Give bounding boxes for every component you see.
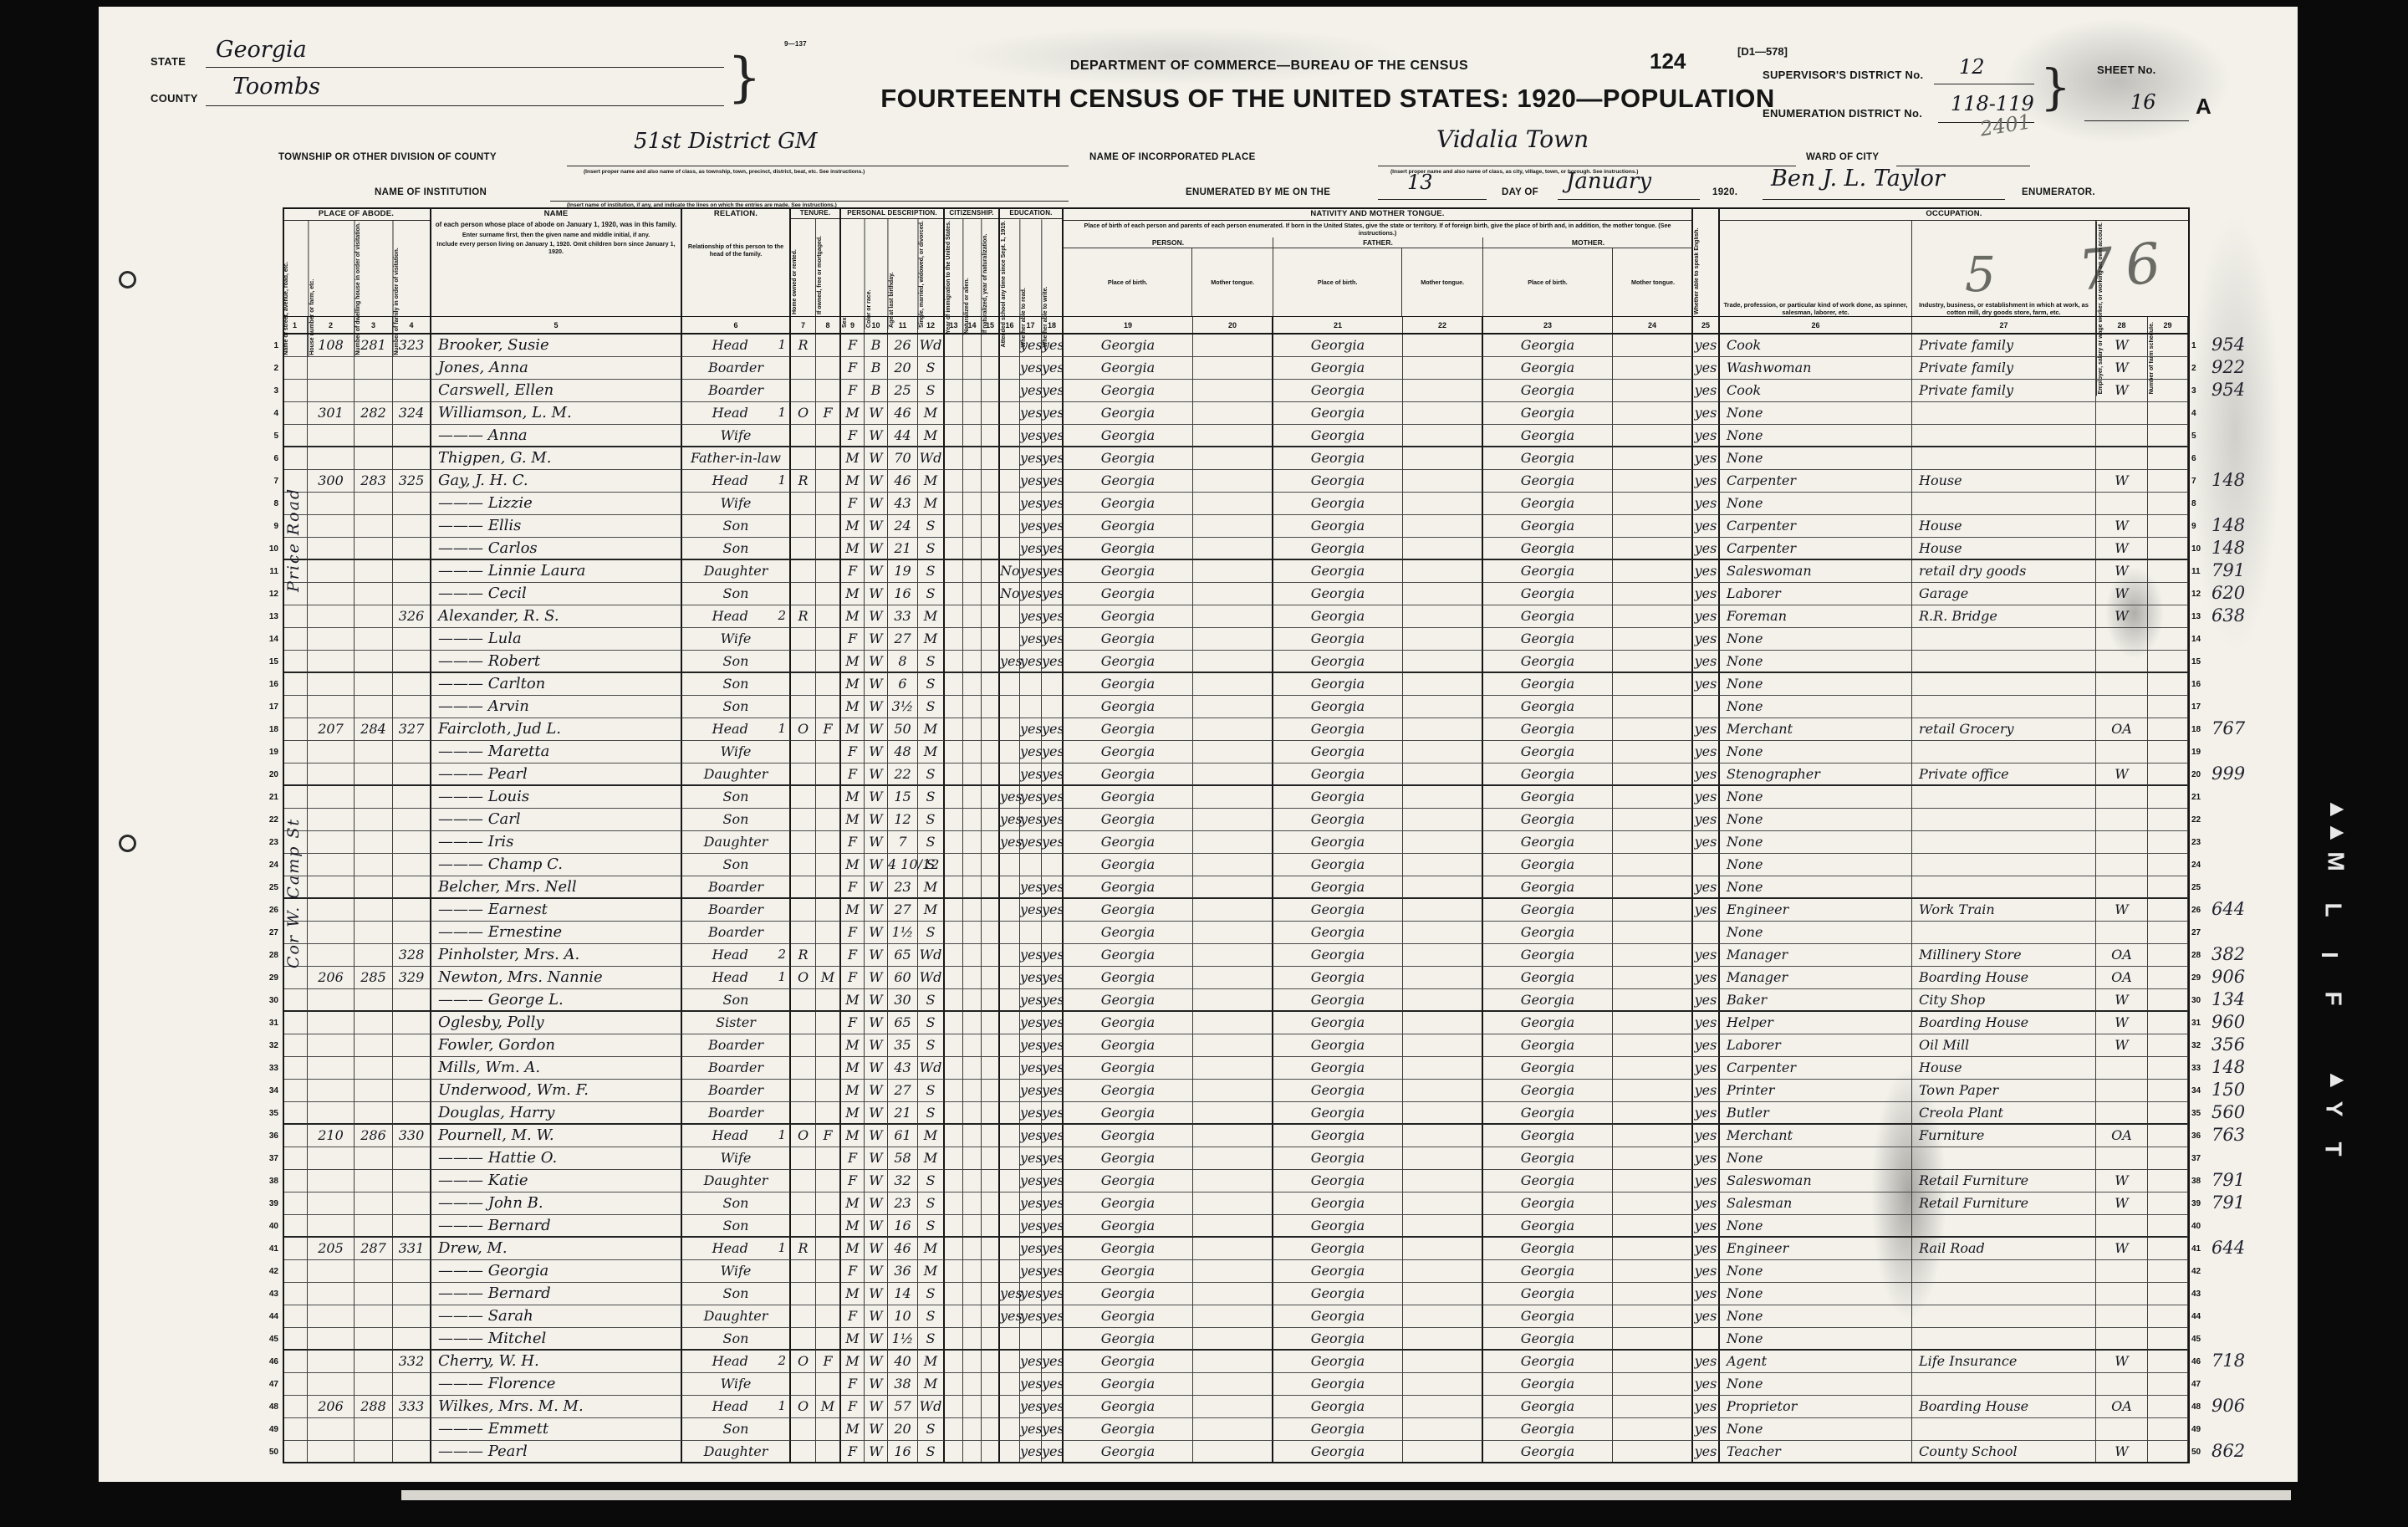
line-number-left: 13 [258, 605, 283, 628]
occupation-code [2210, 696, 2282, 718]
occupation-code [2210, 1328, 2282, 1351]
line-number-right: 27 [2188, 922, 2210, 944]
occupation-code: 922 [2210, 357, 2282, 380]
line-number-right: 36 [2188, 1125, 2210, 1147]
enumerator-label: ENUMERATOR. [2022, 187, 2095, 197]
line-number-left: 25 [258, 876, 283, 899]
sheet-underline [2084, 120, 2189, 121]
line-number-right: 16 [2188, 673, 2210, 696]
line-number-left: 9 [258, 515, 283, 538]
supervisor-district-label: SUPERVISOR'S DISTRICT No. [1763, 69, 1923, 81]
occupation-code [2210, 425, 2282, 447]
line-number-left: 17 [258, 696, 283, 718]
occupation-code: 791 [2210, 1192, 2282, 1215]
occupation-code [2210, 402, 2282, 425]
line-number-right: 44 [2188, 1305, 2210, 1328]
occupation-code [2210, 1260, 2282, 1283]
line-number-right: 32 [2188, 1034, 2210, 1057]
line-number-right: 18 [2188, 718, 2210, 741]
occupation-code [2210, 854, 2282, 876]
right-brace: } [2040, 59, 2071, 115]
occupation-code [2210, 831, 2282, 854]
punch-mark [119, 271, 136, 289]
occupation-code: 148 [2210, 538, 2282, 560]
film-edge-letter: ▲ [2324, 1069, 2351, 1092]
line-number-left: 46 [258, 1351, 283, 1373]
film-edge-letter: L [2320, 902, 2347, 917]
line-number-right: 2 [2188, 357, 2210, 380]
line-number-left: 21 [258, 786, 283, 809]
line-number-right: 7 [2188, 470, 2210, 493]
line-number-right: 10 [2188, 538, 2210, 560]
occupation-code [2210, 1418, 2282, 1441]
enumerated-day: 13 [1407, 171, 1433, 194]
line-number-left: 1 [258, 335, 283, 357]
line-number-right: 24 [2188, 854, 2210, 876]
line-number-right: 35 [2188, 1102, 2210, 1125]
line-number-left: 40 [258, 1215, 283, 1238]
state-value: Georgia [216, 37, 307, 63]
line-number-right: 6 [2188, 447, 2210, 470]
street-note-1: Price Road [284, 341, 303, 592]
township-value: 51st District GM [634, 129, 818, 154]
line-number-left: 7 [258, 470, 283, 493]
paper-smudge [2005, 18, 2231, 144]
line-number-right: 38 [2188, 1170, 2210, 1192]
occupation-code [2210, 1305, 2282, 1328]
month-underline [1558, 199, 1700, 200]
film-scratch [401, 1490, 2291, 1500]
line-number-left: 31 [258, 1012, 283, 1034]
line-number-right: 30 [2188, 989, 2210, 1012]
enumerator-signature: Ben J. L. Taylor [1771, 166, 1945, 192]
line-number-right: 46 [2188, 1351, 2210, 1373]
occupation-code: 862 [2210, 1441, 2282, 1463]
line-number-right: 37 [2188, 1147, 2210, 1170]
line-number-left: 47 [258, 1373, 283, 1396]
line-number-left: 12 [258, 583, 283, 605]
occupation-code: 148 [2210, 515, 2282, 538]
occupation-code [2210, 786, 2282, 809]
institution-underline [550, 201, 1069, 202]
occupation-code: 644 [2210, 1238, 2282, 1260]
line-number-left: 24 [258, 854, 283, 876]
occupation-code [2210, 1373, 2282, 1396]
line-number-left: 8 [258, 493, 283, 515]
occupation-code [2210, 493, 2282, 515]
day-underline [1378, 199, 1487, 200]
line-number-left: 11 [258, 560, 283, 583]
line-number-right: 17 [2188, 696, 2210, 718]
line-number-right: 13 [2188, 605, 2210, 628]
occupation-code [2210, 673, 2282, 696]
film-edge-letter: ▲ [2324, 798, 2351, 821]
line-number-left: 32 [258, 1034, 283, 1057]
occupation-code: 763 [2210, 1125, 2282, 1147]
occupation-code [2210, 628, 2282, 651]
line-number-left: 50 [258, 1441, 283, 1463]
line-number-right: 50 [2188, 1441, 2210, 1463]
line-number-right: 4 [2188, 402, 2210, 425]
line-number-right: 48 [2188, 1396, 2210, 1418]
line-number-right: 8 [2188, 493, 2210, 515]
line-number-left: 42 [258, 1260, 283, 1283]
line-number-right: 43 [2188, 1283, 2210, 1305]
line-number-left: 6 [258, 447, 283, 470]
occupation-code: 134 [2210, 989, 2282, 1012]
occupation-code [2210, 1147, 2282, 1170]
line-number-right: 29 [2188, 967, 2210, 989]
occupation-code: 638 [2210, 605, 2282, 628]
day-of-label: DAY OF [1502, 187, 1538, 197]
institution-label: NAME OF INSTITUTION [375, 187, 487, 197]
line-number-right: 5 [2188, 425, 2210, 447]
film-edge-letter: ▲ [2324, 821, 2351, 845]
line-number-left: 30 [258, 989, 283, 1012]
county-label: COUNTY [150, 92, 198, 105]
line-number-right: 23 [2188, 831, 2210, 854]
township-underline [567, 166, 1069, 166]
county-underline [206, 105, 724, 106]
microfilm-background: 9—137 STATE Georgia COUNTY Toombs } DEPA… [0, 0, 2408, 1527]
line-number-right: 11 [2188, 560, 2210, 583]
line-number-right: 33 [2188, 1057, 2210, 1080]
line-number-left: 33 [258, 1057, 283, 1080]
supervisor-district-value: 12 [1959, 55, 1985, 79]
line-number-right: 12 [2188, 583, 2210, 605]
film-edge-letter: M [2323, 851, 2349, 871]
line-number-left: 48 [258, 1396, 283, 1418]
line-number-right: 26 [2188, 899, 2210, 922]
line-number-right: 9 [2188, 515, 2210, 538]
enumeration-district-label: ENUMERATION DISTRICT No. [1763, 107, 1922, 120]
line-number-right: 25 [2188, 876, 2210, 899]
state-label: STATE [150, 55, 186, 68]
occupation-code: 954 [2210, 335, 2282, 357]
line-number-left: 38 [258, 1170, 283, 1192]
occupation-code: 148 [2210, 470, 2282, 493]
line-number-left: 4 [258, 402, 283, 425]
line-number-left: 49 [258, 1418, 283, 1441]
line-number-left: 43 [258, 1283, 283, 1305]
line-number-left: 36 [258, 1125, 283, 1147]
street-note-2: Cor W. Camp St [284, 667, 303, 968]
line-number-right: 19 [2188, 741, 2210, 763]
line-number-left: 3 [258, 380, 283, 402]
occupation-code [2210, 809, 2282, 831]
occupation-code: 954 [2210, 380, 2282, 402]
occupation-code: 791 [2210, 560, 2282, 583]
line-number-right: 41 [2188, 1238, 2210, 1260]
line-number-right: 49 [2188, 1418, 2210, 1441]
line-number-right: 34 [2188, 1080, 2210, 1102]
line-number-left: 28 [258, 944, 283, 967]
table-outer-border [283, 207, 2190, 1463]
line-number-left: 39 [258, 1192, 283, 1215]
line-number-right: 40 [2188, 1215, 2210, 1238]
line-number-left: 20 [258, 763, 283, 786]
line-number-left: 34 [258, 1080, 283, 1102]
occupation-code: 382 [2210, 944, 2282, 967]
incorporated-place-label: NAME OF INCORPORATED PLACE [1089, 152, 1256, 162]
occupation-code: 999 [2210, 763, 2282, 786]
department-line: DEPARTMENT OF COMMERCE—BUREAU OF THE CEN… [851, 59, 1687, 74]
occupation-code: 960 [2210, 1012, 2282, 1034]
line-number-right: 15 [2188, 651, 2210, 673]
line-number-left: 16 [258, 673, 283, 696]
film-edge-letter: I [2316, 952, 2343, 958]
occupation-code [2210, 447, 2282, 470]
page-stamp: 124 [1650, 49, 1686, 74]
line-number-left: 22 [258, 809, 283, 831]
occupation-code: 620 [2210, 583, 2282, 605]
occupation-code: 644 [2210, 899, 2282, 922]
enumerated-year: 1920. [1712, 187, 1737, 197]
line-number-right: 14 [2188, 628, 2210, 651]
occupation-code: 150 [2210, 1080, 2282, 1102]
incorporated-underline [1378, 166, 1796, 166]
line-number-right: 28 [2188, 944, 2210, 967]
line-number-left: 29 [258, 967, 283, 989]
census-sheet: 9—137 STATE Georgia COUNTY Toombs } DEPA… [99, 7, 2298, 1482]
line-number-left: 44 [258, 1305, 283, 1328]
occupation-code [2210, 741, 2282, 763]
occupation-code: 767 [2210, 718, 2282, 741]
line-number-left: 35 [258, 1102, 283, 1125]
line-number-right: 47 [2188, 1373, 2210, 1396]
line-number-left: 19 [258, 741, 283, 763]
line-number-right: 20 [2188, 763, 2210, 786]
line-number-left: 14 [258, 628, 283, 651]
county-value: Toombs [232, 74, 320, 100]
supervisor-underline [1934, 84, 2034, 84]
sheet-letter: A [2196, 94, 2212, 120]
line-number-left: 45 [258, 1328, 283, 1351]
line-number-right: 39 [2188, 1192, 2210, 1215]
line-number-right: 1 [2188, 335, 2210, 357]
line-number-left: 41 [258, 1238, 283, 1260]
occupation-code: 791 [2210, 1170, 2282, 1192]
form-number: 9—137 [784, 40, 807, 48]
township-label: TOWNSHIP OR OTHER DIVISION OF COUNTY [278, 152, 497, 162]
signature-underline [1763, 199, 2005, 200]
occupation-code: 356 [2210, 1034, 2282, 1057]
line-number-left: 2 [258, 357, 283, 380]
line-number-right: 42 [2188, 1260, 2210, 1283]
occupation-code [2210, 651, 2282, 673]
line-number-left: 26 [258, 899, 283, 922]
film-edge-letter: F [2320, 991, 2347, 1005]
occupation-code: 560 [2210, 1102, 2282, 1125]
ward-of-city-label: WARD OF CITY [1806, 152, 1879, 162]
township-note: (Insert proper name and also name of cla… [584, 169, 1052, 175]
line-number-left: 18 [258, 718, 283, 741]
enumerated-label: ENUMERATED BY ME ON THE [1186, 187, 1330, 197]
line-number-left: 15 [258, 651, 283, 673]
occupation-code [2210, 1283, 2282, 1305]
paper-smudge [951, 27, 1403, 85]
line-number-left: 5 [258, 425, 283, 447]
occupation-code: 906 [2210, 967, 2282, 989]
line-number-right: 21 [2188, 786, 2210, 809]
line-number-left: 10 [258, 538, 283, 560]
line-number-right: 3 [2188, 380, 2210, 402]
film-edge-letter: Y [2320, 1101, 2347, 1117]
state-underline [206, 67, 724, 68]
line-number-right: 31 [2188, 1012, 2210, 1034]
occupation-code [2210, 922, 2282, 944]
incorporated-place-value: Vidalia Town [1436, 125, 1589, 153]
plate-number: [D1—578] [1737, 45, 1788, 58]
occupation-code: 148 [2210, 1057, 2282, 1080]
sheet-value: 16 [2130, 90, 2156, 114]
line-number-left: 23 [258, 831, 283, 854]
line-number-left: 27 [258, 922, 283, 944]
line-number-left: 37 [258, 1147, 283, 1170]
occupation-code: 718 [2210, 1351, 2282, 1373]
line-number-right: 22 [2188, 809, 2210, 831]
sheet-label: SHEET No. [2097, 64, 2156, 76]
occupation-code [2210, 1215, 2282, 1238]
line-number-right: 45 [2188, 1328, 2210, 1351]
occupation-code [2210, 876, 2282, 899]
punch-mark [119, 835, 136, 852]
enumerated-month: January [1566, 169, 1651, 194]
film-edge-letter: T [2320, 1141, 2347, 1156]
occupation-code: 906 [2210, 1396, 2282, 1418]
